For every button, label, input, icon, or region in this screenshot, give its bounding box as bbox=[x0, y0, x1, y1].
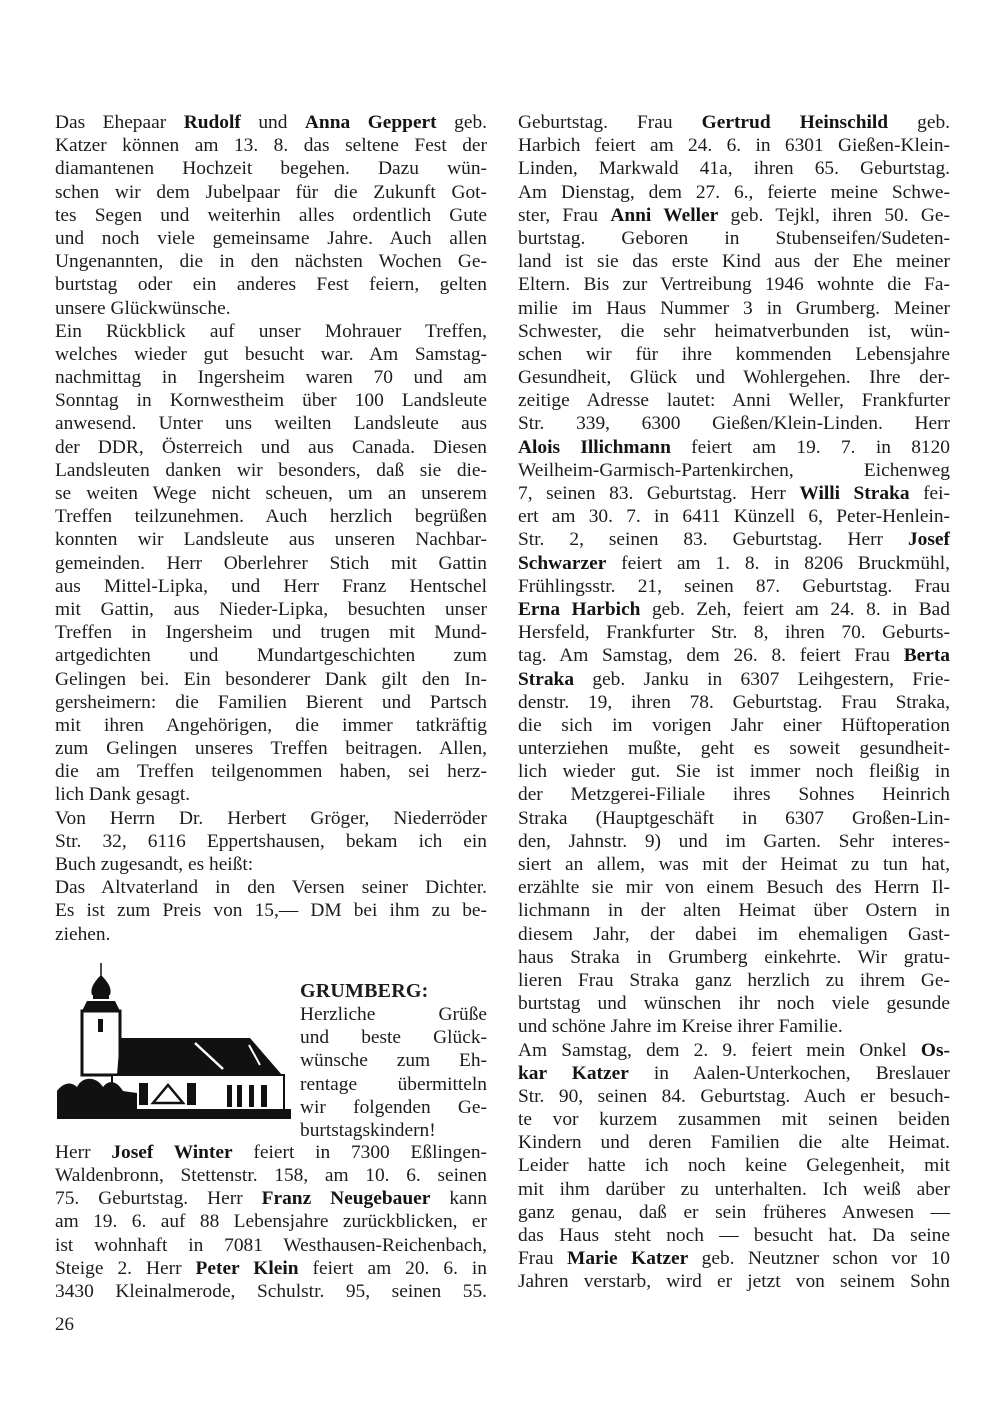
text-line: land ist sie das erste Kind aus der Ehe … bbox=[518, 250, 950, 273]
person-name: Schwarzer bbox=[518, 553, 606, 574]
text-line: Am Samstag, dem 2. 9. feiert mein Onkel … bbox=[518, 1039, 950, 1062]
text-line: ganz genau, daß er sein früheres Anwesen… bbox=[518, 1201, 950, 1224]
text-line: gersheimern: die Familien Bierent und Pa… bbox=[55, 691, 487, 714]
person-name: Franz Neugebauer bbox=[262, 1188, 431, 1209]
text-line: Ungenannten, die in den nächsten Wochen … bbox=[55, 250, 487, 273]
text-line: Str. 339, 6300 Gießen/Klein-Linden. Herr bbox=[518, 412, 950, 435]
text-line: unterziehen mußte, geht es soweit gesund… bbox=[518, 737, 950, 760]
text-line: ist wohnhaft in 7081 Westhausen-Reichenb… bbox=[55, 1234, 487, 1257]
text-line: 3430 Kleinalmerode, Schulstr. 95, seinen… bbox=[55, 1280, 487, 1303]
text-line: zum Gelingen unseres Treffen beitragen. … bbox=[55, 737, 487, 760]
text-line: mit ihm darüber zu unterhalten. Ich weiß… bbox=[518, 1178, 950, 1201]
text-line: ster, Frau Anni Weller geb. Tejkl, ihren… bbox=[518, 204, 950, 227]
text-line: Frühlingsstr. 21, seinen 87. Geburtstag.… bbox=[518, 575, 950, 598]
person-name: Peter Klein bbox=[196, 1258, 299, 1279]
text-line: lich Dank gesagt. bbox=[55, 783, 487, 806]
grumberg-section: GRUMBERG: Herzliche Grüße und beste Glüc… bbox=[55, 963, 487, 1150]
text-line: die am Treffen teilgenommen haben, sei h… bbox=[55, 760, 487, 783]
text-line: das Haus steht noch — besucht hat. Da se… bbox=[518, 1224, 950, 1247]
text-line: Linden, Markwald 41a, ihren 65. Geburtst… bbox=[518, 157, 950, 180]
text-line: Str. 90, seinen 84. Geburtstag. Auch er … bbox=[518, 1085, 950, 1108]
text-line: Treffen teilzunehmen. Auch herzlich begr… bbox=[55, 505, 487, 528]
text-line: den, Jahnstr. 9) und im Garten. Sehr int… bbox=[518, 830, 950, 853]
person-name: Anni Weller bbox=[610, 205, 718, 226]
text-line: und noch viele gemeinsame Jahre. Auch al… bbox=[55, 227, 487, 250]
text-line: 7, seinen 83. Geburtstag. Herr Willi Str… bbox=[518, 482, 950, 505]
text-line: denstr. 19, ihren 78. Geburtstag. Frau S… bbox=[518, 691, 950, 714]
text-line: und schöne Jahre im Kreise ihrer Familie… bbox=[518, 1015, 950, 1038]
text-line: der Metzgerei-Filiale ihres Sohnes Heinr… bbox=[518, 783, 950, 806]
text-line: Hersfeld, Frankfurter Str. 8, ihren 70. … bbox=[518, 621, 950, 644]
person-name: Straka bbox=[518, 669, 574, 690]
text-line: mit ihren Angehörigen, die immer tatkräf… bbox=[55, 714, 487, 737]
text-line: konnten wir Landsleute aus unseren Nachb… bbox=[55, 528, 487, 551]
greeting-line: burtstagskindern! bbox=[300, 1119, 487, 1142]
text-line: artgedichten und Mundartgeschichten zum bbox=[55, 644, 487, 667]
greeting-line: wünsche zum Eh- bbox=[300, 1049, 487, 1072]
text-line: Alois Illichmann feiert am 19. 7. in 812… bbox=[518, 436, 950, 459]
text-line: am 19. 6. auf 88 Lebensjahre zurückblick… bbox=[55, 1210, 487, 1233]
text-line: Schwester, die sehr heimatverbunden ist,… bbox=[518, 320, 950, 343]
text-line: diesem Jahr, der dabei im ehemaligen Gas… bbox=[518, 923, 950, 946]
text-line: 75. Geburtstag. Herr Franz Neugebauer ka… bbox=[55, 1187, 487, 1210]
text-line: Geburtstag. Frau Gertrud Heinschild geb. bbox=[518, 111, 950, 134]
text-line: milie im Haus Nummer 3 in Grumberg. Mein… bbox=[518, 297, 950, 320]
text-line: burtstag oder ein anderes Fest feiern, g… bbox=[55, 273, 487, 296]
text-line: Von Herrn Dr. Herbert Gröger, Niederröde… bbox=[55, 807, 487, 830]
person-name: Os- bbox=[921, 1040, 950, 1061]
text-line: der DDR, Österreich und aus Canada. Dies… bbox=[55, 436, 487, 459]
text-line: Eltern. Bis zur Vertreibung 1946 wohnte … bbox=[518, 273, 950, 296]
text-line: aus Mittel-Lipka, und Herr Franz Hentsch… bbox=[55, 575, 487, 598]
text-line: Das Ehepaar Rudolf und Anna Geppert geb. bbox=[55, 111, 487, 134]
text-line: lich wieder gut. Sie ist immer noch flei… bbox=[518, 760, 950, 783]
person-name: Willi Straka bbox=[799, 483, 909, 504]
text-line: erzählte sie mir von einem Besuch des He… bbox=[518, 876, 950, 899]
person-name: Marie Katzer bbox=[567, 1248, 688, 1269]
grumberg-heading: GRUMBERG: bbox=[300, 980, 487, 1003]
text-line: Gesundheit, Glück und Wohlergehen. Ihre … bbox=[518, 366, 950, 389]
text-line: Straka (Hauptgeschäft in 6307 Großen-Lin… bbox=[518, 807, 950, 830]
text-line: lichmann in der alten Heimat über Ostern… bbox=[518, 899, 950, 922]
person-name: Rudolf bbox=[184, 112, 241, 133]
text-line: nachmittag in Ingersheim waren 70 und am bbox=[55, 366, 487, 389]
church-illustration-icon bbox=[57, 963, 291, 1119]
text-line: gemeinden. Herr Oberlehrer Stich mit Gat… bbox=[55, 552, 487, 575]
text-line: Kindern und deren Familien die alte Heim… bbox=[518, 1131, 950, 1154]
text-line: siert an allem, was mit der Heimat zu tu… bbox=[518, 853, 950, 876]
text-line: lieren Frau Straka ganz herzlich zu ihre… bbox=[518, 969, 950, 992]
text-line: Katzer können am 13. 8. das seltene Fest… bbox=[55, 134, 487, 157]
text-line: tes Segen und weiterhin alles ordentlich… bbox=[55, 204, 487, 227]
text-line: schen wir für ihre kommenden Lebensjahre bbox=[518, 343, 950, 366]
text-line: Harbich feiert am 24. 6. in 6301 Gießen-… bbox=[518, 134, 950, 157]
text-line: kar Katzer in Aalen-Unterkochen, Breslau… bbox=[518, 1062, 950, 1085]
right-column: Geburtstag. Frau Gertrud Heinschild geb.… bbox=[518, 111, 950, 1294]
text-line: haus Straka in Grumberg einkehrte. Wir g… bbox=[518, 946, 950, 969]
grumberg-greeting: GRUMBERG: Herzliche Grüße und beste Glüc… bbox=[300, 980, 487, 1142]
text-line: anwesend. Unter uns weilten Landsleute a… bbox=[55, 412, 487, 435]
text-line: diamantenen Hochzeit begehen. Dazu wün- bbox=[55, 157, 487, 180]
person-name: Berta bbox=[904, 645, 950, 666]
text-line: Treffen in Ingersheim und trugen mit Mun… bbox=[55, 621, 487, 644]
text-line: welches wieder gut besucht war. Am Samst… bbox=[55, 343, 487, 366]
text-line: Es ist zum Preis von 15,— DM bei ihm zu … bbox=[55, 899, 487, 922]
text-line: schen wir dem Jubelpaar für die Zukunft … bbox=[55, 181, 487, 204]
text-line: Weilheim-Garmisch-Partenkirchen, Eichenw… bbox=[518, 459, 950, 482]
text-line: Str. 32, 6116 Eppertshausen, bekam ich e… bbox=[55, 830, 487, 853]
left-column: Das Ehepaar Rudolf und Anna Geppert geb.… bbox=[55, 111, 487, 1303]
text-line: te vor kurzem zusammen mit seinen beiden bbox=[518, 1108, 950, 1131]
text-line: Steige 2. Herr Peter Klein feiert am 20.… bbox=[55, 1257, 487, 1280]
text-line: burtstag und wünschen ihr noch viele ges… bbox=[518, 992, 950, 1015]
greeting-line: Herzliche Grüße bbox=[300, 1003, 487, 1026]
text-line: Schwarzer feiert am 1. 8. in 8206 Bruckm… bbox=[518, 552, 950, 575]
text-line: Jahren verstarb, wird er jetzt von seine… bbox=[518, 1270, 950, 1293]
text-line: Frau Marie Katzer geb. Neutzner schon vo… bbox=[518, 1247, 950, 1270]
text-line: Gelingen bei. Ein besonderer Dank gilt d… bbox=[55, 668, 487, 691]
text-line: Leider hatte ich noch keine Gelegenheit,… bbox=[518, 1154, 950, 1177]
person-name: Gertrud Heinschild bbox=[702, 112, 888, 133]
text-line: zeitige Adresse lautet: Anni Weller, Fra… bbox=[518, 389, 950, 412]
page-number: 26 bbox=[55, 1314, 74, 1336]
text-line: Straka geb. Janku in 6307 Leihgestern, F… bbox=[518, 668, 950, 691]
text-line: Erna Harbich geb. Zeh, feiert am 24. 8. … bbox=[518, 598, 950, 621]
text-line: Waldenbronn, Stettenstr. 158, am 10. 6. … bbox=[55, 1164, 487, 1187]
text-line: Str. 2, seinen 83. Geburtstag. Herr Jose… bbox=[518, 528, 950, 551]
left-column-text: Das Ehepaar Rudolf und Anna Geppert geb.… bbox=[55, 111, 487, 946]
person-name: Anna Geppert bbox=[305, 112, 437, 133]
text-line: tag. Am Samstag, dem 26. 8. feiert Frau … bbox=[518, 644, 950, 667]
text-line: Ein Rückblick auf unser Mohrauer Treffen… bbox=[55, 320, 487, 343]
right-column-text: Geburtstag. Frau Gertrud Heinschild geb.… bbox=[518, 111, 950, 1294]
greeting-line: rentage übermitteln bbox=[300, 1073, 487, 1096]
text-line: Buch zugesandt, es heißt: bbox=[55, 853, 487, 876]
text-line: unsere Glückwünsche. bbox=[55, 297, 487, 320]
greeting-line: und beste Glück- bbox=[300, 1026, 487, 1049]
person-name: kar Katzer bbox=[518, 1063, 629, 1084]
text-line: ziehen. bbox=[55, 923, 487, 946]
text-line: Landsleuten danken wir besonders, daß si… bbox=[55, 459, 487, 482]
text-line: burtstag. Geboren in Stubenseifen/Sudete… bbox=[518, 227, 950, 250]
person-name: Alois Illichmann bbox=[518, 437, 671, 458]
text-line: ert am 30. 7. in 6411 Künzell 6, Peter-H… bbox=[518, 505, 950, 528]
text-line: mit Gattin, aus Nieder-Lipka, besuchten … bbox=[55, 598, 487, 621]
text-line: die sich im vorigen Jahr einer Hüftopera… bbox=[518, 714, 950, 737]
text-line: Das Altvaterland in den Versen seiner Di… bbox=[55, 876, 487, 899]
greeting-line: wir folgenden Ge- bbox=[300, 1096, 487, 1119]
birthday-list-grumberg: Herr Josef Winter feiert in 7300 Eßlinge… bbox=[55, 1141, 487, 1303]
text-line: Am Dienstag, dem 27. 6., feierte meine S… bbox=[518, 181, 950, 204]
text-line: Sonntag in Kornwestheim über 100 Landsle… bbox=[55, 389, 487, 412]
text-line: se weiten Wege nicht scheuen, um an unse… bbox=[55, 482, 487, 505]
person-name: Josef bbox=[908, 529, 950, 550]
person-name: Erna Harbich bbox=[518, 599, 640, 620]
